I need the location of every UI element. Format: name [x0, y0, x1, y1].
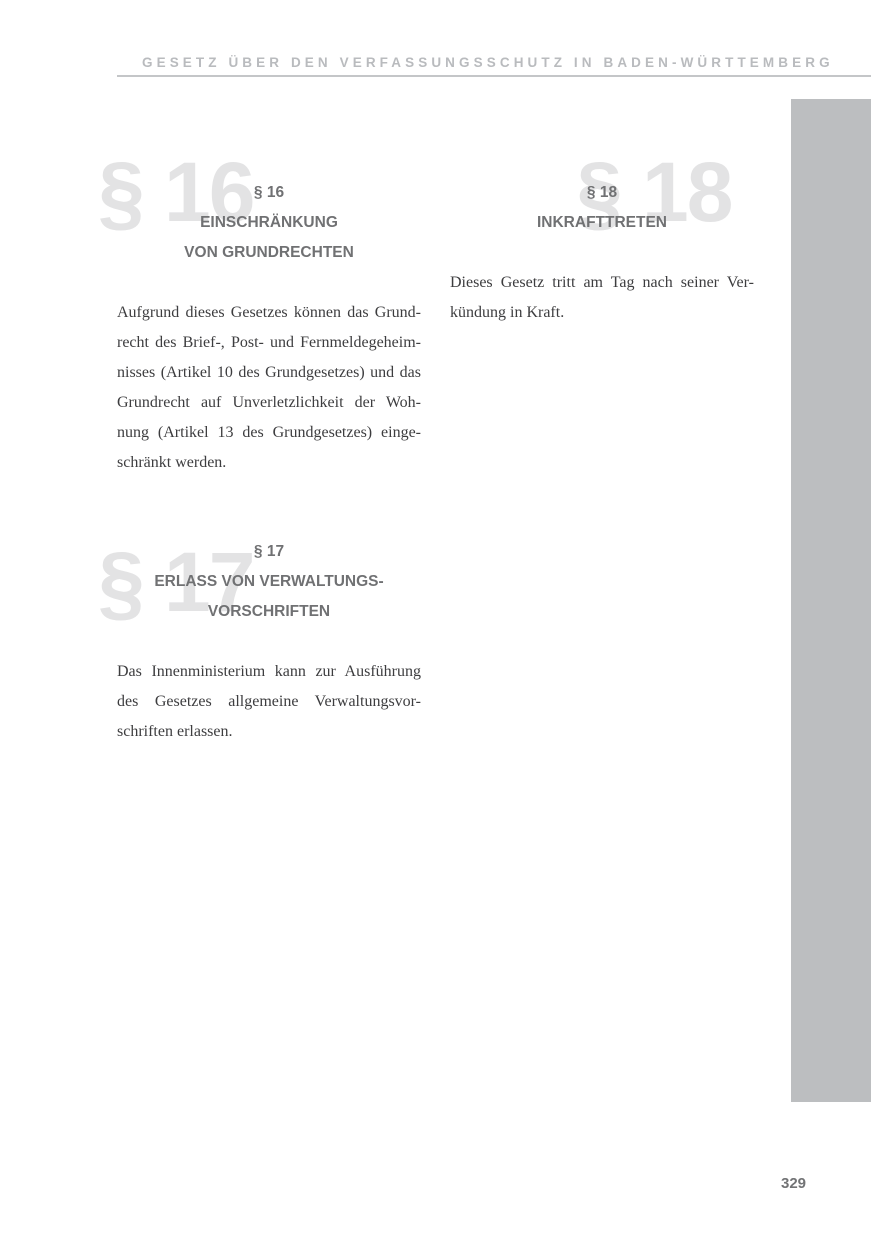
body-line: nisses (Artikel 10 des Grundgesetzes) un… — [117, 358, 421, 388]
body-line: Grundrecht auf Unverletzlichkeit der Woh… — [117, 388, 421, 418]
section-number: § 17 — [117, 537, 421, 567]
running-head: GESETZ ÜBER DEN VERFASSUNGSSCHUTZ IN BAD… — [142, 55, 834, 70]
header-rule — [117, 75, 871, 77]
body-line: des Gesetzes allgemeine Verwaltungsvor- — [117, 687, 421, 717]
body-line: kündung in Kraft. — [450, 298, 754, 328]
section-heading: § 17 ERLASS VON VERWALTUNGS- VORSCHRIFTE… — [117, 537, 421, 627]
section-body: Dieses Gesetz tritt am Tag nach seiner V… — [450, 268, 754, 328]
section-title-line: EINSCHRÄNKUNG — [117, 208, 421, 238]
page-number: 329 — [781, 1175, 806, 1192]
section-body: Das Innenministerium kann zur Ausführung… — [117, 657, 421, 747]
section-title-line: ERLASS VON VERWALTUNGS- — [117, 567, 421, 597]
body-line: recht des Brief-, Post- und Fernmeldegeh… — [117, 328, 421, 358]
body-line: Aufgrund dieses Gesetzes können das Grun… — [117, 298, 421, 328]
section-title-line: INKRAFTTRETEN — [450, 208, 754, 238]
body-line: nung (Artikel 13 des Grundgesetzes) eing… — [117, 418, 421, 448]
body-line: schränkt werden. — [117, 448, 421, 478]
body-line: Das Innenministerium kann zur Ausführung — [117, 657, 421, 687]
section-body: Aufgrund dieses Gesetzes können das Grun… — [117, 298, 421, 478]
body-line: Dieses Gesetz tritt am Tag nach seiner V… — [450, 268, 754, 298]
section-title-line: VORSCHRIFTEN — [117, 597, 421, 627]
section-title-line: VON GRUNDRECHTEN — [117, 238, 421, 268]
section-number: § 16 — [117, 178, 421, 208]
side-margin-bar — [791, 99, 871, 1102]
section-number: § 18 — [450, 178, 754, 208]
body-line: schriften erlassen. — [117, 717, 421, 747]
section-heading: § 16 EINSCHRÄNKUNG VON GRUNDRECHTEN — [117, 178, 421, 268]
section-heading: § 18 INKRAFTTRETEN — [450, 178, 754, 238]
